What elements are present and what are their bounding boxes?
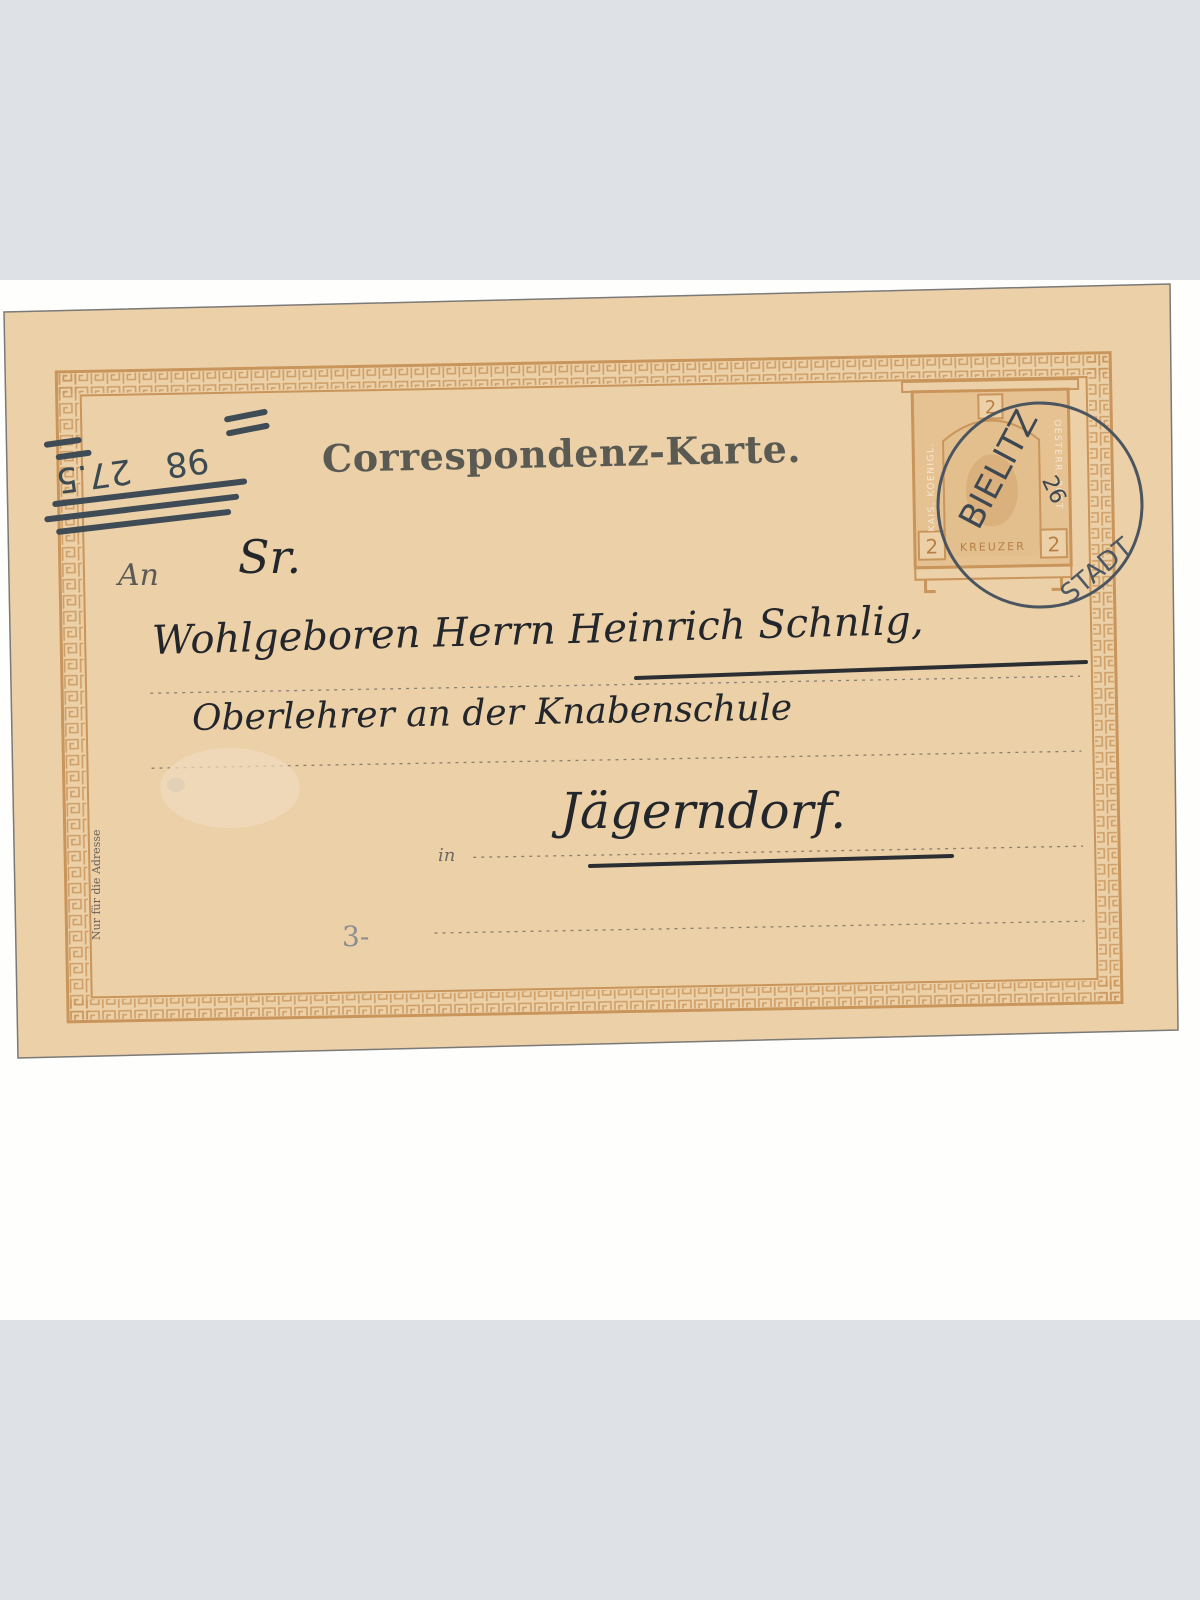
postcard: 2 2 2 KREUZER KAIS. KOENIGL. OESTERR. PO… <box>0 280 1200 1320</box>
svg-text:KREUZER: KREUZER <box>960 540 1026 554</box>
city-name: Jägerndorf. <box>560 782 846 840</box>
svg-text:98: 98 <box>163 439 211 485</box>
scan-background: 2 2 2 KREUZER KAIS. KOENIGL. OESTERR. PO… <box>0 280 1200 1320</box>
salutation: Sr. <box>238 530 301 584</box>
svg-text:KAIS. KOENIGL.: KAIS. KOENIGL. <box>926 442 938 532</box>
address-only-note: Nur für die Adresse <box>90 830 103 941</box>
address-prefix: An <box>118 558 159 593</box>
pencil-note: 3- <box>342 920 369 953</box>
city-prefix: in <box>438 845 455 866</box>
svg-text:2: 2 <box>925 534 938 558</box>
svg-text:2: 2 <box>1047 532 1060 556</box>
